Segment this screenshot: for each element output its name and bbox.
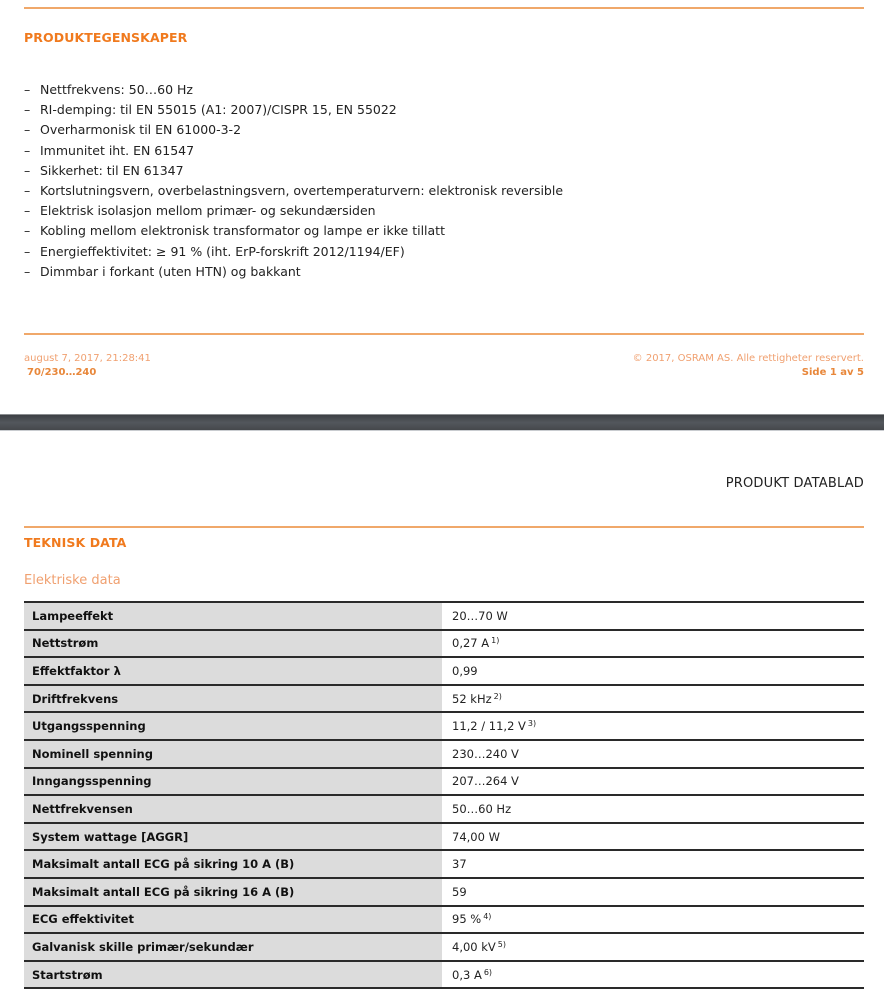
feature-list: –Nettfrekvens: 50…60 Hz–RI-demping: til …	[24, 80, 563, 282]
row-value-cell: 37	[442, 850, 864, 878]
feature-item: –Elektrisk isolasjon mellom primær- og s…	[24, 201, 563, 221]
feature-item: –Nettfrekvens: 50…60 Hz	[24, 80, 563, 100]
feature-item: –Overharmonisk til EN 61000-3-2	[24, 120, 563, 140]
table-row: Startstrøm0,3 A6)	[24, 961, 864, 989]
table-row: System wattage [AGGR]74,00 W	[24, 823, 864, 851]
row-value-cell: 59	[442, 878, 864, 906]
feature-text: Nettfrekvens: 50…60 Hz	[40, 82, 193, 97]
row-value: 4,00 kV	[452, 940, 496, 954]
footer-timestamp: august 7, 2017, 21:28:41	[24, 352, 151, 366]
row-value-cell: 0,99	[442, 657, 864, 685]
row-label: Nettfrekvensen	[24, 795, 442, 823]
row-label: Lampeeffekt	[24, 602, 442, 630]
bullet-dash: –	[24, 141, 40, 161]
table-row: Nettstrøm0,27 A1)	[24, 630, 864, 658]
row-value: 74,00 W	[452, 830, 500, 844]
footer-left: august 7, 2017, 21:28:41 70/230…240	[24, 352, 151, 380]
feature-item: –Kobling mellom elektronisk transformato…	[24, 221, 563, 241]
row-value-cell: 52 kHz2)	[442, 685, 864, 713]
row-value-cell: 20…70 W	[442, 602, 864, 630]
bullet-dash: –	[24, 100, 40, 120]
row-label: Nominell spenning	[24, 740, 442, 768]
table-row: Maksimalt antall ECG på sikring 10 A (B)…	[24, 850, 864, 878]
feature-text: Energieffektivitet: ≥ 91 % (iht. ErP-for…	[40, 244, 405, 259]
feature-text: Kortslutningsvern, overbelastningsvern, …	[40, 183, 563, 198]
row-label: Nettstrøm	[24, 630, 442, 658]
row-label: Driftfrekvens	[24, 685, 442, 713]
row-value-cell: 50…60 Hz	[442, 795, 864, 823]
table-row: Nominell spenning230…240 V	[24, 740, 864, 768]
footnote-marker: 1)	[491, 636, 499, 645]
bullet-dash: –	[24, 201, 40, 221]
row-value: 50…60 Hz	[452, 802, 511, 816]
row-value: 0,27 A	[452, 636, 489, 650]
row-value: 0,99	[452, 664, 478, 678]
row-label: Maksimalt antall ECG på sikring 16 A (B)	[24, 878, 442, 906]
feature-text: Overharmonisk til EN 61000-3-2	[40, 122, 241, 137]
feature-item: –Kortslutningsvern, overbelastningsvern,…	[24, 181, 563, 201]
bullet-dash: –	[24, 262, 40, 282]
row-value: 11,2 / 11,2 V	[452, 719, 526, 733]
table-row: Inngangsspenning207…264 V	[24, 768, 864, 796]
bullet-dash: –	[24, 80, 40, 100]
row-value-cell: 0,3 A6)	[442, 961, 864, 989]
feature-item: –Energieffektivitet: ≥ 91 % (iht. ErP-fo…	[24, 242, 563, 262]
table-row: Driftfrekvens52 kHz2)	[24, 685, 864, 713]
feature-text: RI-demping: til EN 55015 (A1: 2007)/CISP…	[40, 102, 397, 117]
row-value: 95 %	[452, 912, 481, 926]
page-2: PRODUKT DATABLAD TEKNISK DATA Elektriske…	[0, 431, 884, 1000]
footer-page-indicator: Side 1 av 5	[633, 366, 864, 380]
row-value: 59	[452, 885, 467, 899]
row-value-cell: 95 %4)	[442, 906, 864, 934]
row-value-cell: 4,00 kV5)	[442, 933, 864, 961]
row-label: Maksimalt antall ECG på sikring 10 A (B)	[24, 850, 442, 878]
footnote-marker: 3)	[528, 719, 536, 728]
feature-text: Sikkerhet: til EN 61347	[40, 163, 184, 178]
row-value: 230…240 V	[452, 747, 519, 761]
footer-rule	[24, 333, 864, 335]
row-label: Inngangsspenning	[24, 768, 442, 796]
page-separator	[0, 414, 884, 431]
row-value-cell: 74,00 W	[442, 823, 864, 851]
footer-product-code: 70/230…240	[24, 366, 151, 380]
bullet-dash: –	[24, 161, 40, 181]
section-title-technical-data: TEKNISK DATA	[24, 535, 126, 550]
row-label: ECG effektivitet	[24, 906, 442, 934]
row-value: 52 kHz	[452, 692, 492, 706]
row-label: Galvanisk skille primær/sekundær	[24, 933, 442, 961]
table-row: Nettfrekvensen50…60 Hz	[24, 795, 864, 823]
electrical-data-table: Lampeeffekt20…70 WNettstrøm0,27 A1)Effek…	[24, 601, 864, 989]
feature-item: –RI-demping: til EN 55015 (A1: 2007)/CIS…	[24, 100, 563, 120]
row-label: Effektfaktor λ	[24, 657, 442, 685]
feature-text: Immunitet iht. EN 61547	[40, 143, 194, 158]
feature-item: –Sikkerhet: til EN 61347	[24, 161, 563, 181]
table-row: Lampeeffekt20…70 W	[24, 602, 864, 630]
feature-text: Elektrisk isolasjon mellom primær- og se…	[40, 203, 376, 218]
subsection-title-electrical-data: Elektriske data	[24, 573, 121, 588]
header-rule	[24, 7, 864, 9]
row-value: 207…264 V	[452, 774, 519, 788]
row-value: 0,3 A	[452, 968, 482, 982]
row-value-cell: 230…240 V	[442, 740, 864, 768]
row-label: Startstrøm	[24, 961, 442, 989]
feature-item: –Dimmbar i forkant (uten HTN) og bakkant	[24, 262, 563, 282]
row-value-cell: 207…264 V	[442, 768, 864, 796]
row-value: 37	[452, 857, 467, 871]
row-label: Utgangsspenning	[24, 712, 442, 740]
footnote-marker: 4)	[483, 912, 491, 921]
bullet-dash: –	[24, 242, 40, 262]
table-row: Effektfaktor λ0,99	[24, 657, 864, 685]
page-1: PRODUKTEGENSKAPER –Nettfrekvens: 50…60 H…	[0, 0, 884, 414]
bullet-dash: –	[24, 181, 40, 201]
section-title-product-features: PRODUKTEGENSKAPER	[24, 30, 187, 45]
row-value-cell: 0,27 A1)	[442, 630, 864, 658]
feature-text: Dimmbar i forkant (uten HTN) og bakkant	[40, 264, 301, 279]
bullet-dash: –	[24, 221, 40, 241]
footer-copyright: © 2017, OSRAM AS. Alle rettigheter reser…	[633, 352, 864, 366]
table-row: Galvanisk skille primær/sekundær4,00 kV5…	[24, 933, 864, 961]
table-row: Maksimalt antall ECG på sikring 16 A (B)…	[24, 878, 864, 906]
row-value-cell: 11,2 / 11,2 V3)	[442, 712, 864, 740]
row-value: 20…70 W	[452, 609, 508, 623]
header-rule-page-2	[24, 526, 864, 528]
row-label: System wattage [AGGR]	[24, 823, 442, 851]
table-row: ECG effektivitet95 %4)	[24, 906, 864, 934]
bullet-dash: –	[24, 120, 40, 140]
footnote-marker: 6)	[484, 968, 492, 977]
table-row: Utgangsspenning11,2 / 11,2 V3)	[24, 712, 864, 740]
footnote-marker: 5)	[498, 940, 506, 949]
feature-text: Kobling mellom elektronisk transformator…	[40, 223, 445, 238]
footnote-marker: 2)	[494, 692, 502, 701]
document-type-label: PRODUKT DATABLAD	[726, 476, 864, 491]
footer-right: © 2017, OSRAM AS. Alle rettigheter reser…	[633, 352, 864, 380]
feature-item: –Immunitet iht. EN 61547	[24, 141, 563, 161]
